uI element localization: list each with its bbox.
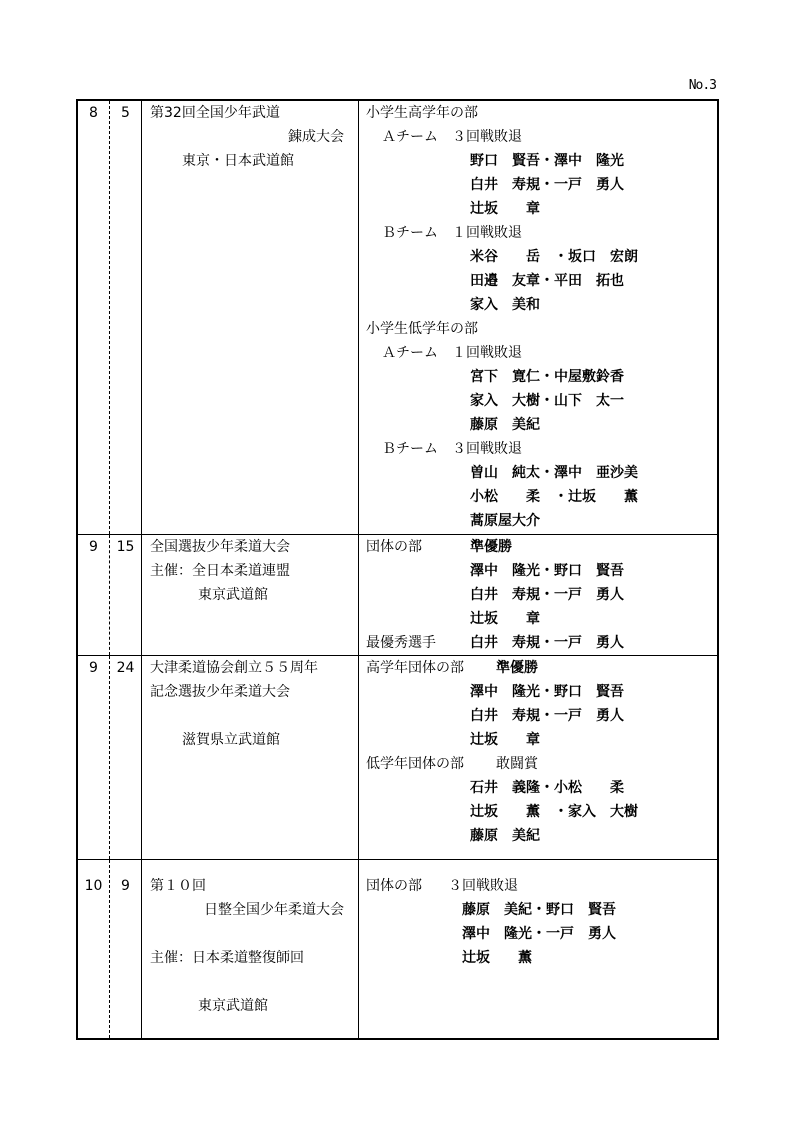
member-names: 辻坂 章 xyxy=(366,607,717,631)
event-name: 日整全国少年柔道大会 xyxy=(150,898,358,922)
member-names: 家入 美和 xyxy=(366,293,717,317)
mvp-result: 最優秀選手白井 寿規・一戸 勇人 xyxy=(366,631,717,655)
event-venue: 東京武道館 xyxy=(150,994,358,1018)
member-names: 石井 義隆・小松 柔 xyxy=(366,776,717,800)
member-names: 辻坂 章 xyxy=(366,197,717,221)
member-names: 白井 寿規・一戸 勇人 xyxy=(366,704,717,728)
member-names: 白井 寿規・一戸 勇人 xyxy=(366,173,717,197)
category-result: 低学年団体の部敢闘賞 xyxy=(366,752,717,776)
member-names: 辻坂 章 xyxy=(366,728,717,752)
member-names: 白井 寿規・一戸 勇人 xyxy=(366,583,717,607)
results-cell: 高学年団体の部準優勝 澤中 隆光・野口 賢吾 白井 寿規・一戸 勇人 辻坂 章 … xyxy=(359,655,719,859)
event-cell: 第１０回 日整全国少年柔道大会 主催：日本柔道整復師回 東京武道館 xyxy=(142,859,359,1039)
member-names: 蒿原屋大介 xyxy=(366,509,717,533)
page-number: No.3 xyxy=(689,78,716,93)
event-venue: 東京・日本武道館 xyxy=(150,149,358,173)
member-names: 野口 賢吾・澤中 隆光 xyxy=(366,149,717,173)
member-names: 澤中 隆光・野口 賢吾 xyxy=(366,680,717,704)
event-edition: 第１０回 xyxy=(150,874,358,898)
event-cell: 第32回全国少年武道 錬成大会 東京・日本武道館 xyxy=(142,100,359,534)
table-row: 10 9 第１０回 日整全国少年柔道大会 主催：日本柔道整復師回 東京武道館 団… xyxy=(77,859,718,1039)
results-cell: 団体の部準優勝 澤中 隆光・野口 賢吾 白井 寿規・一戸 勇人 辻坂 章 最優秀… xyxy=(359,534,719,655)
division-title: 小学生低学年の部 xyxy=(366,317,717,341)
event-name: 大津柔道協会創立５５周年 xyxy=(150,656,358,680)
category-result: 団体の部３回戦敗退 xyxy=(366,874,717,898)
month-cell: 9 xyxy=(77,655,110,859)
table-row: 9 15 全国選抜少年柔道大会 主催：全日本柔道連盟 東京武道館 団体の部準優勝… xyxy=(77,534,718,655)
member-names: 田邉 友章・平田 拓也 xyxy=(366,269,717,293)
event-name: 全国選抜少年柔道大会 xyxy=(150,535,358,559)
event-spacer xyxy=(150,970,358,994)
member-names: 曽山 純太・澤中 亜沙美 xyxy=(366,461,717,485)
event-name: 第32回全国少年武道 xyxy=(150,101,358,125)
day-cell: 5 xyxy=(110,100,142,534)
member-names: 米谷 岳 ・坂口 宏朗 xyxy=(366,245,717,269)
event-spacer xyxy=(150,704,358,728)
table-row: 9 24 大津柔道協会創立５５周年 記念選抜少年柔道大会 滋賀県立武道館 高学年… xyxy=(77,655,718,859)
event-organizer: 主催：日本柔道整復師回 xyxy=(150,946,358,970)
event-cell: 大津柔道協会創立５５周年 記念選抜少年柔道大会 滋賀県立武道館 xyxy=(142,655,359,859)
member-names: 澤中 隆光・一戸 勇人 xyxy=(366,922,717,946)
month-cell: 10 xyxy=(77,859,110,1039)
member-names: 澤中 隆光・野口 賢吾 xyxy=(366,559,717,583)
team-result: Ｂチーム１回戦敗退 xyxy=(366,221,717,245)
member-names: 辻坂 薫 xyxy=(366,946,717,970)
event-venue: 東京武道館 xyxy=(150,583,358,607)
event-name-cont: 錬成大会 xyxy=(150,125,358,149)
event-cell: 全国選抜少年柔道大会 主催：全日本柔道連盟 東京武道館 xyxy=(142,534,359,655)
day-cell: 15 xyxy=(110,534,142,655)
team-result: Ａチーム１回戦敗退 xyxy=(366,341,717,365)
team-result: Ａチーム３回戦敗退 xyxy=(366,125,717,149)
month-cell: 8 xyxy=(77,100,110,534)
member-names: 辻坂 薫 ・家入 大樹 xyxy=(366,800,717,824)
event-venue: 滋賀県立武道館 xyxy=(150,728,358,752)
results-cell: 小学生高学年の部 Ａチーム３回戦敗退 野口 賢吾・澤中 隆光 白井 寿規・一戸 … xyxy=(359,100,719,534)
event-name-cont: 記念選抜少年柔道大会 xyxy=(150,680,358,704)
category-result: 高学年団体の部準優勝 xyxy=(366,656,717,680)
team-result: Ｂチーム３回戦敗退 xyxy=(366,437,717,461)
results-cell: 団体の部３回戦敗退 藤原 美紀・野口 賢吾 澤中 隆光・一戸 勇人 辻坂 薫 xyxy=(359,859,719,1039)
division-title: 小学生高学年の部 xyxy=(366,101,717,125)
category-result: 団体の部準優勝 xyxy=(366,535,717,559)
day-cell: 9 xyxy=(110,859,142,1039)
member-names: 小松 柔 ・辻坂 薫 xyxy=(366,485,717,509)
member-names: 宮下 寛仁・中屋敷鈴香 xyxy=(366,365,717,389)
member-names: 藤原 美紀・野口 賢吾 xyxy=(366,898,717,922)
day-cell: 24 xyxy=(110,655,142,859)
event-spacer xyxy=(150,922,358,946)
table-row: 8 5 第32回全国少年武道 錬成大会 東京・日本武道館 小学生高学年の部 Ａチ… xyxy=(77,100,718,534)
month-cell: 9 xyxy=(77,534,110,655)
member-names: 家入 大樹・山下 太一 xyxy=(366,389,717,413)
member-names: 藤原 美紀 xyxy=(366,824,717,848)
results-table: 8 5 第32回全国少年武道 錬成大会 東京・日本武道館 小学生高学年の部 Ａチ… xyxy=(76,99,719,1040)
member-names: 藤原 美紀 xyxy=(366,413,717,437)
event-organizer: 主催：全日本柔道連盟 xyxy=(150,559,358,583)
